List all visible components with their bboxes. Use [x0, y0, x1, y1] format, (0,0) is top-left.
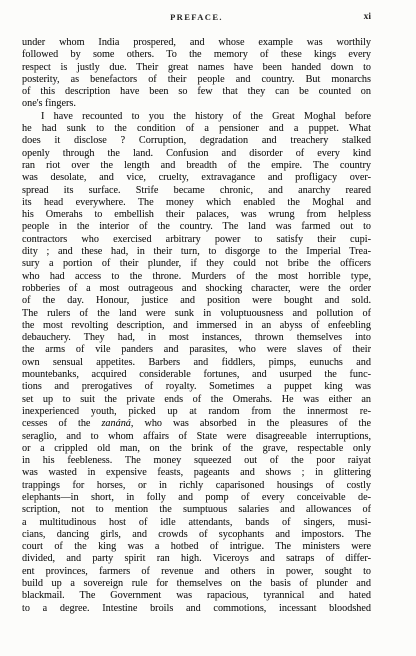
- text-line: or a crippled old man, on the brink of t…: [22, 443, 371, 455]
- page-header: PREFACE. xi: [22, 12, 371, 26]
- text-line: does it disclose ? Corruption, degradati…: [22, 135, 371, 147]
- text-line: trappings for horses, or in richly capar…: [22, 480, 371, 492]
- text-line: the arms of vile panders and parasites, …: [22, 344, 371, 356]
- text-line: blackmail. The Government was rapacious,…: [22, 590, 371, 602]
- text-line: a multitudinous host of idle attendants,…: [22, 517, 371, 529]
- text-line: he had sunk to the condition of a pensio…: [22, 123, 371, 135]
- text-line: the most revolting description, and imme…: [22, 320, 371, 332]
- text-line: mountebanks, acquired considerable fortu…: [22, 369, 371, 381]
- text-segment: cesses of the: [22, 418, 101, 429]
- text-line: openly through the land. Confusion and d…: [22, 148, 371, 160]
- text-segment: , who was absorbed in the pleasures of t…: [131, 418, 371, 429]
- italic-term: zanáná: [101, 418, 130, 429]
- text-line: court of the king was a hotbed of intrig…: [22, 541, 371, 553]
- text-line: seraglio, and to whom affairs of State w…: [22, 431, 371, 443]
- text-line: posterity, as benefactors of their peopl…: [22, 74, 371, 86]
- text-line: followed by some others. To the memory o…: [22, 49, 371, 61]
- text-line: cians, dancing girls, and crowds of syco…: [22, 529, 371, 541]
- text-line: build up a sovereign rule for themselves…: [22, 578, 371, 590]
- text-line: set up to suit the private ends of the O…: [22, 394, 371, 406]
- text-line: in his feebleness. The money squeezed ou…: [22, 455, 371, 467]
- text-line: ran riot over the length and breadth of …: [22, 160, 371, 172]
- text-line: contractors who exercised arbitrary powe…: [22, 234, 371, 246]
- text-line: one's fingers.: [22, 98, 371, 110]
- text-line: elephants—in short, in folly and pomp of…: [22, 492, 371, 504]
- text-line: of the day. Honour, justice and position…: [22, 295, 371, 307]
- text-line: spread its surface. Strife became chroni…: [22, 185, 371, 197]
- text-line: was desolate, and vice, cruelty, extrava…: [22, 172, 371, 184]
- text-line: inexperienced youth, picked up at random…: [22, 406, 371, 418]
- page-number: xi: [364, 12, 371, 22]
- text-line: robberies of a most outrageous and shock…: [22, 283, 371, 295]
- text-line: cesses of the zanáná, who was absorbed i…: [22, 418, 371, 430]
- text-line: The rulers of the land were sunk in volu…: [22, 308, 371, 320]
- text-line: respect is justly due. Their great names…: [22, 62, 371, 74]
- text-line: tions and prerogatives of royalty. Somet…: [22, 381, 371, 393]
- text-line: his Omerahs to embellish their palaces, …: [22, 209, 371, 221]
- text-line: I have recounted to you the history of t…: [22, 111, 371, 123]
- text-line: people in the interior of the country. T…: [22, 221, 371, 233]
- text-line: to a degree. Intestine broils and commot…: [22, 603, 371, 615]
- text-line: debauchery. They had, in most instances,…: [22, 332, 371, 344]
- text-line: sury a portion of their plunder, if they…: [22, 258, 371, 270]
- book-page: PREFACE. xi under whom India prospered, …: [0, 0, 416, 656]
- text-line: under whom India prospered, and whose ex…: [22, 37, 371, 49]
- header-title: PREFACE.: [22, 12, 371, 22]
- text-line: own sensual appetites. Barbers and fiddl…: [22, 357, 371, 369]
- text-line: divided, and party spirit ran high. Vice…: [22, 553, 371, 565]
- text-line: of this description have been so few tha…: [22, 86, 371, 98]
- text-line: scription, not to mention the sumptuous …: [22, 504, 371, 516]
- text-line: was wasted in expensive feasts, pageants…: [22, 467, 371, 479]
- text-line: who had access to the throne. Murders of…: [22, 271, 371, 283]
- text-line: its head everywhere. The money which ena…: [22, 197, 371, 209]
- body-text: under whom India prospered, and whose ex…: [22, 37, 371, 615]
- text-line: dity ; and these had, in their turn, to …: [22, 246, 371, 258]
- text-line: ent provinces, farmers of revenue and ot…: [22, 566, 371, 578]
